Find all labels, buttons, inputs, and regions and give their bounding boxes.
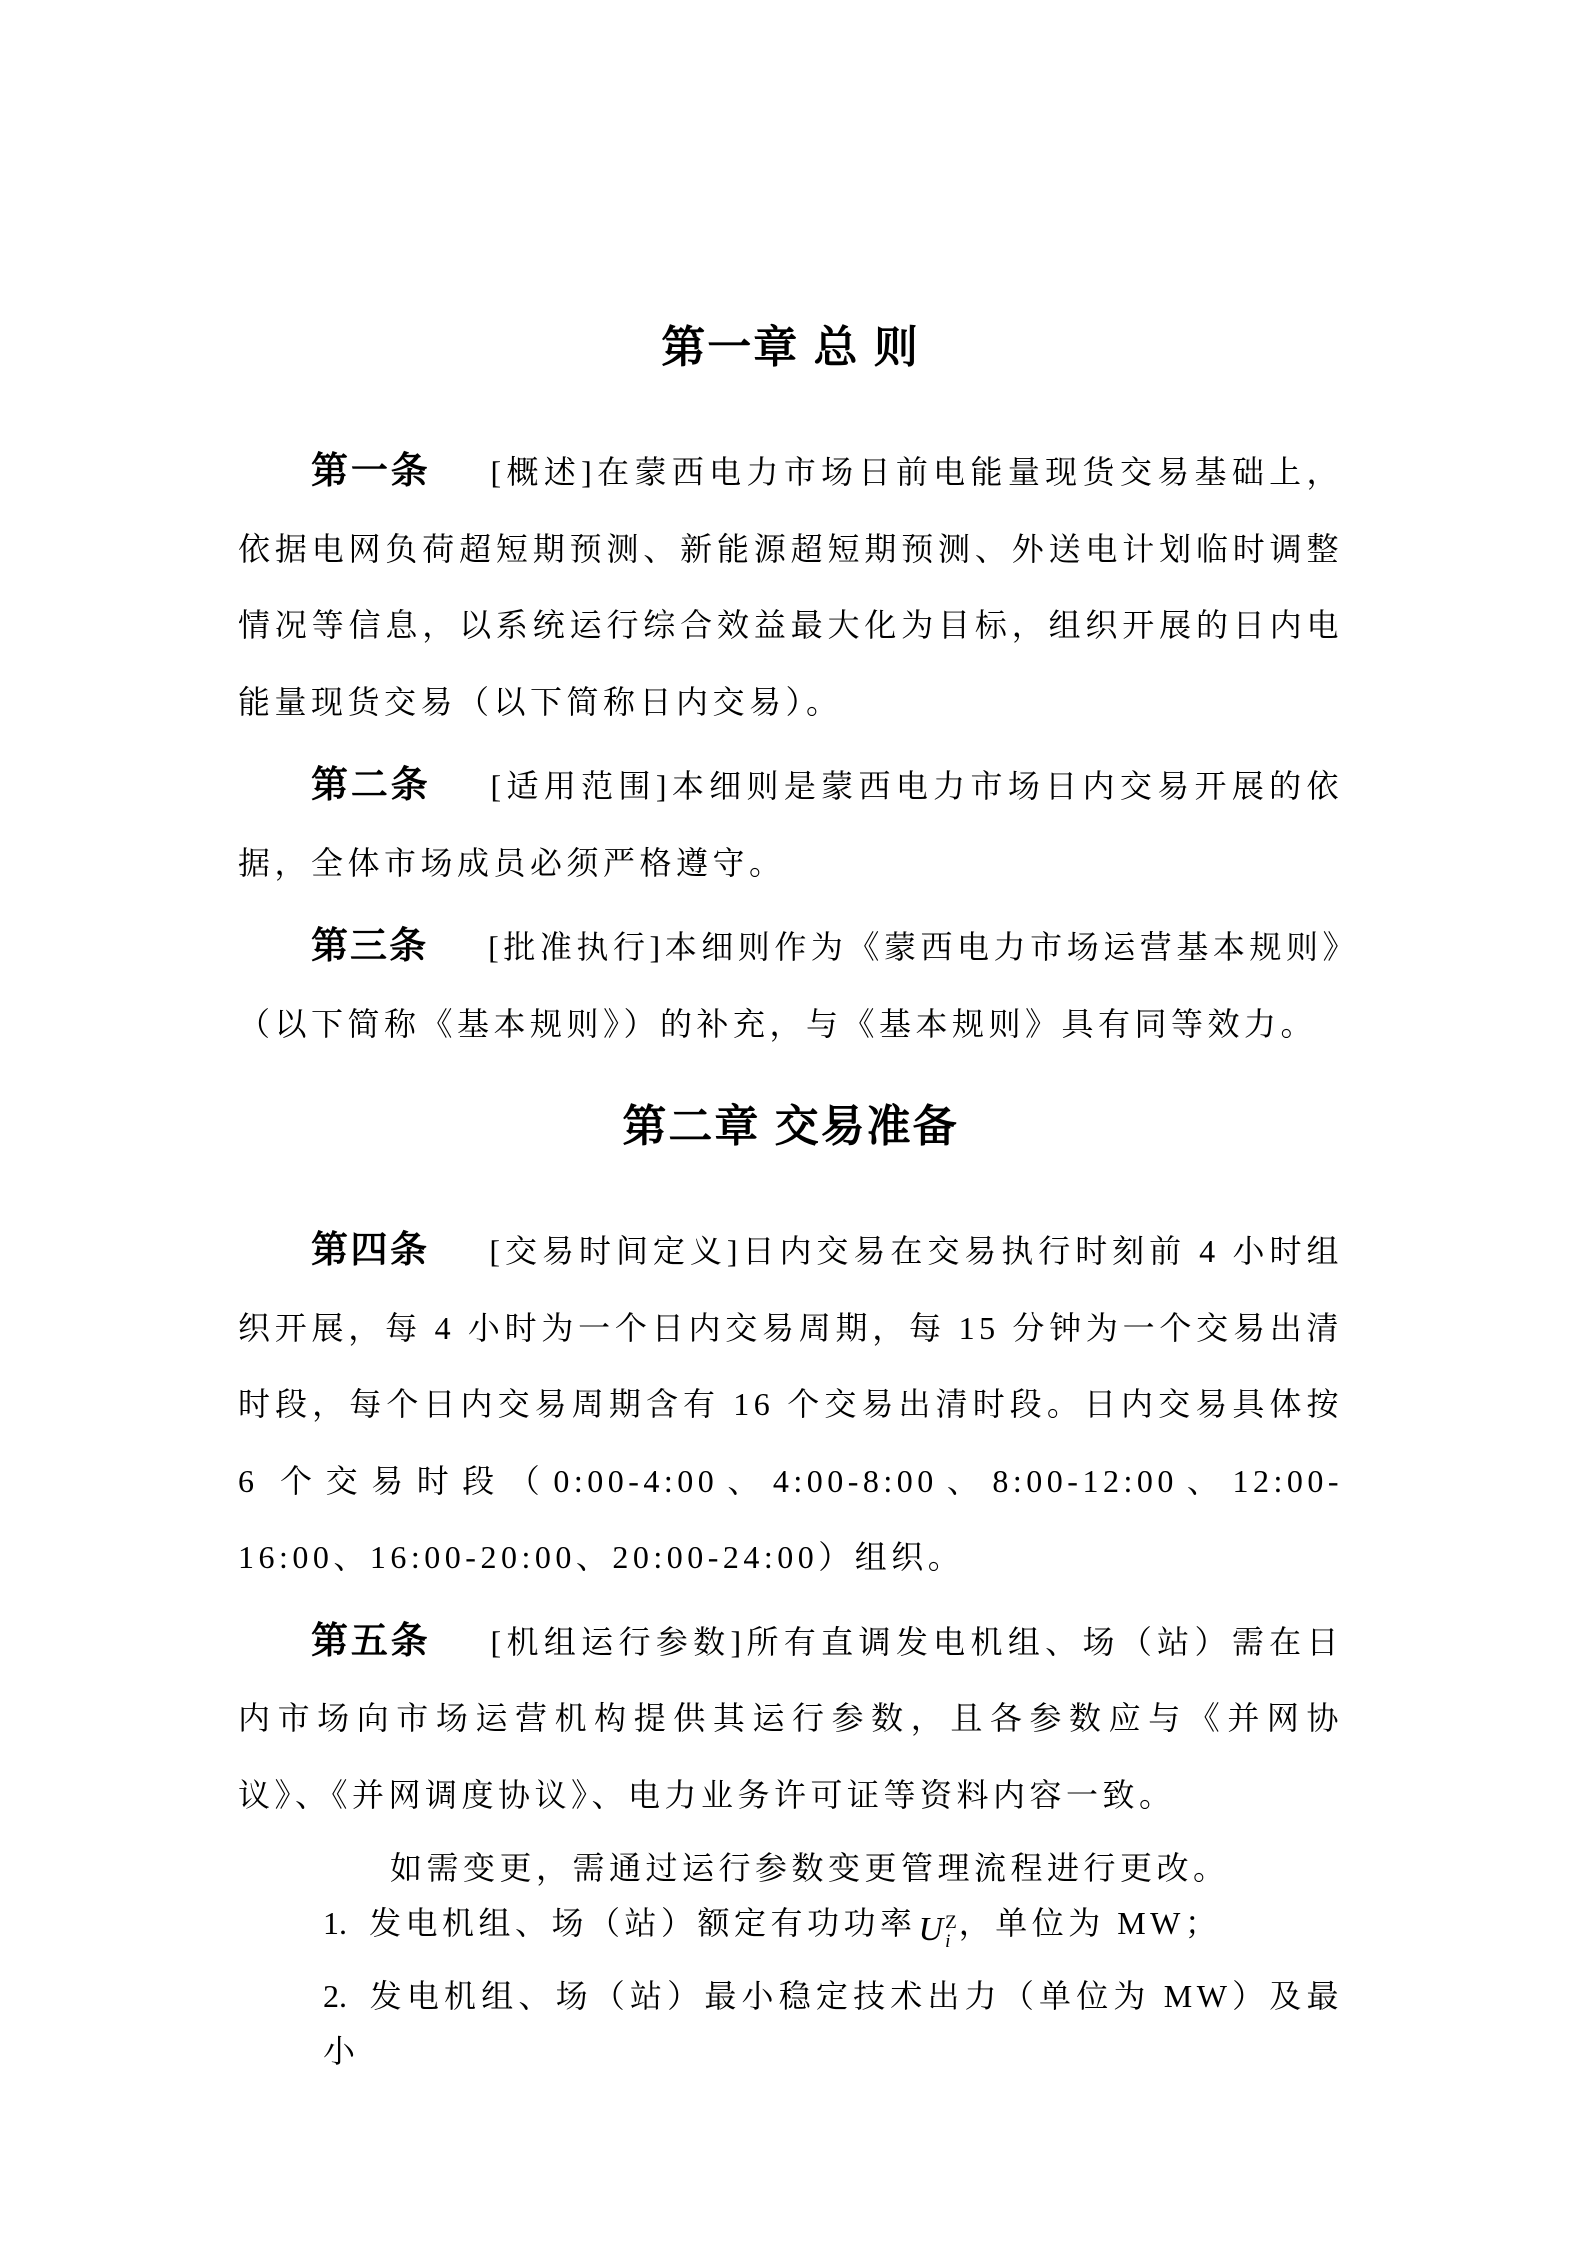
chapter-2-title: 第二章 交易准备 — [238, 1097, 1343, 1157]
article-2-term: 第二条 — [311, 764, 431, 805]
list-item-1: 1.发电机组、场（站）额定有功功率UZi，单位为 MW； — [238, 1896, 1343, 1951]
article-4-term: 第四条 — [311, 1229, 429, 1270]
document-page: 第一章 总 则 第一条[概述]在蒙西电力市场日前电能量现货交易基础上，依据电网负… — [0, 0, 1587, 2245]
list-item-1-text-before: 发电机组、场（站）额定有功功率 — [369, 1905, 917, 1941]
article-3-term: 第三条 — [311, 925, 428, 966]
article-1-body: [概述]在蒙西电力市场日前电能量现货交易基础上，依据电网负荷超短期预测、新能源超… — [238, 454, 1343, 720]
chapter-1-title: 第一章 总 则 — [238, 318, 1343, 378]
list-item-1-number: 1. — [323, 1905, 347, 1941]
change-note-paragraph: 如需变更，需通过运行参数变更管理流程进行更改。 — [238, 1841, 1343, 1896]
list-item-2-text: 发电机组、场（站）最小稳定技术出力（单位为 MW）及最小 — [323, 1978, 1343, 2069]
list-item-1-text-after: ，单位为 MW； — [959, 1905, 1222, 1941]
list-item-2: 2.发电机组、场（站）最小稳定技术出力（单位为 MW）及最小 — [238, 1969, 1343, 2079]
list-item-2-number: 2. — [323, 1978, 347, 2014]
formula-subscript: i — [945, 1932, 957, 1951]
article-3: 第三条[批准执行]本细则作为《蒙西电力市场运营基本规则》（以下简称《基本规则》）… — [238, 908, 1343, 1062]
formula-base: U — [919, 1913, 944, 1947]
article-1: 第一条[概述]在蒙西电力市场日前电能量现货交易基础上，依据电网负荷超短期预测、新… — [238, 433, 1343, 740]
article-2: 第二条[适用范围]本细则是蒙西电力市场日内交易开展的依据，全体市场成员必须严格遵… — [238, 747, 1343, 901]
formula-supsub: Zi — [945, 1913, 957, 1951]
rated-power-formula: UZi — [919, 1911, 957, 1949]
article-1-term: 第一条 — [311, 450, 431, 491]
article-4-body: [交易时间定义]日内交易在交易执行时刻前 4 小时组织开展，每 4 小时为一个日… — [238, 1233, 1343, 1575]
document-content: 第一章 总 则 第一条[概述]在蒙西电力市场日前电能量现货交易基础上，依据电网负… — [238, 0, 1343, 2079]
article-5-term: 第五条 — [311, 1620, 431, 1661]
formula-superscript: Z — [945, 1913, 957, 1932]
article-4: 第四条[交易时间定义]日内交易在交易执行时刻前 4 小时组织开展，每 4 小时为… — [238, 1212, 1343, 1596]
article-5: 第五条[机组运行参数]所有直调发电机组、场（站）需在日内市场向市场运营机构提供其… — [238, 1603, 1343, 1834]
